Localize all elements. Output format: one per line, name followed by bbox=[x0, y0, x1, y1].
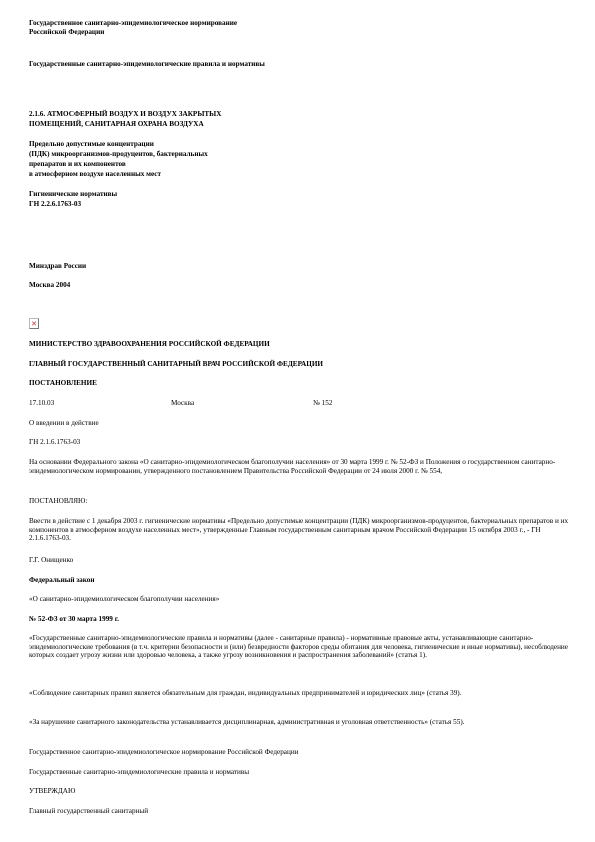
section-subtitle-1: Предельно допустимые концентрации bbox=[29, 140, 154, 149]
resolution-subject: О введении в действие bbox=[29, 419, 99, 428]
ministry-title: МИНИСТЕРСТВО ЗДРАВООХРАНЕНИЯ РОССИЙСКОЙ … bbox=[29, 340, 270, 349]
header-line-1: Государственное санитарно-эпидемиологиче… bbox=[29, 19, 237, 28]
law-quote-2: «Соблюдение санитарных правил является о… bbox=[29, 689, 569, 698]
resolution-code: ГН 2.1.6.1763-03 bbox=[29, 438, 80, 447]
publisher-org: Минздрав России bbox=[29, 262, 86, 271]
resolution-type: ПОСТАНОВЛЕНИЕ bbox=[29, 379, 97, 388]
decree-text: Ввести в действие с 1 декабря 2003 г. ги… bbox=[29, 517, 569, 543]
section-title-2: ПОМЕЩЕНИЙ, САНИТАРНАЯ ОХРАНА ВОЗДУХА bbox=[29, 120, 204, 129]
doc-type: Гигиенические нормативы bbox=[29, 190, 117, 199]
law-title: «О санитарно-эпидемиологическом благопол… bbox=[29, 595, 219, 604]
law-heading: Федеральный закон bbox=[29, 576, 95, 585]
signer: Г.Г. Онищенко bbox=[29, 556, 73, 565]
footer-approve: УТВЕРЖДАЮ bbox=[29, 787, 75, 796]
law-quote-3: «За нарушение санитарного законодательст… bbox=[29, 718, 569, 727]
section-subtitle-4: в атмосферном воздухе населенных мест bbox=[29, 170, 161, 179]
header-line-2: Российской Федерации bbox=[29, 28, 104, 37]
publisher-city-year: Москва 2004 bbox=[29, 281, 70, 290]
resolution-number: № 152 bbox=[313, 399, 332, 408]
law-quote-1: «Государственные санитарно-эпидемиологич… bbox=[29, 634, 569, 660]
resolution-preamble: На основании Федерального закона «О сани… bbox=[29, 458, 569, 475]
section-subtitle-3: препаратов и их компонентов bbox=[29, 160, 126, 169]
resolution-place: Москва bbox=[171, 399, 194, 408]
section-subtitle-2: (ПДК) микроорганизмов-продуцентов, бакте… bbox=[29, 150, 208, 159]
decree-word: ПОСТАНОВЛЯЮ: bbox=[29, 497, 87, 506]
footer-approver: Главный государственный санитарный bbox=[29, 807, 148, 816]
section-title-1: 2.1.6. АТМОСФЕРНЫЙ ВОЗДУХ И ВОЗДУХ ЗАКРЫ… bbox=[29, 110, 221, 119]
officer-title: ГЛАВНЫЙ ГОСУДАРСТВЕННЫЙ САНИТАРНЫЙ ВРАЧ … bbox=[29, 360, 323, 369]
footer-line-2: Государственные санитарно-эпидемиологиче… bbox=[29, 768, 249, 777]
resolution-date: 17.10.03 bbox=[29, 399, 54, 408]
law-number: № 52-ФЗ от 30 марта 1999 г. bbox=[29, 615, 119, 624]
footer-line-1: Государственное санитарно-эпидемиологиче… bbox=[29, 748, 299, 757]
doc-code: ГН 2.2.6.1763-03 bbox=[29, 200, 81, 209]
broken-image-icon: ✕ bbox=[29, 318, 39, 329]
header-line-3: Государственные санитарно-эпидемиологиче… bbox=[29, 60, 265, 69]
